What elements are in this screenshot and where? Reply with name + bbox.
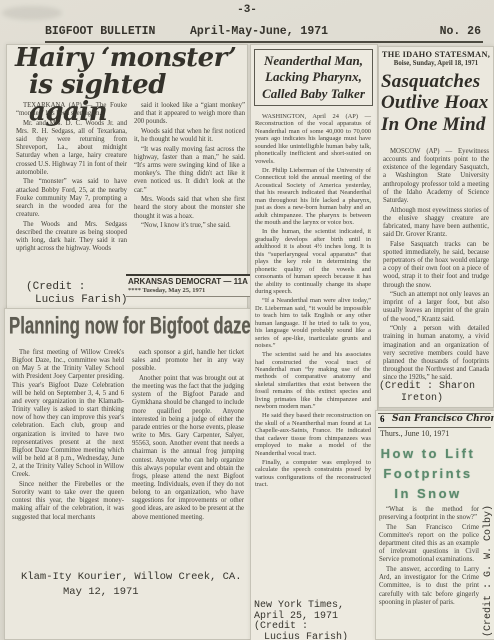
- bigfoot-daze-headline: Planning now for Bigfoot daze: [9, 313, 251, 341]
- credit-line: (Credit :: [254, 622, 348, 633]
- headline-line: In Snow: [376, 484, 480, 504]
- headline-line: Lacking Pharynx,: [256, 69, 371, 85]
- credit-line: (Credit :: [26, 281, 127, 294]
- article-paragraph: Woods said that when he first noticed it…: [134, 128, 245, 144]
- article-paragraph: “Such an attempt not only leaves an impr…: [383, 291, 489, 324]
- source-date: **** Tuesday, May 25, 1971: [128, 287, 248, 294]
- source-date: Thurs., June 10, 1971: [380, 429, 449, 438]
- source-date: Boise, Sunday, April 18, 1971: [379, 60, 493, 67]
- clipping-hairy-monster: Hairy ‘monster’ is sighted again TEXARKA…: [6, 44, 248, 312]
- bigfoot-daze-column-2: each sponsor a girl, handle her ticket s…: [132, 349, 244, 523]
- headline-line: Outlive Hoax: [381, 92, 493, 113]
- source-line: New York Times,: [254, 601, 348, 612]
- article-paragraph: The answer, according to Larry Ard, an i…: [379, 566, 479, 607]
- article-paragraph: “What is the method for preserving a foo…: [379, 506, 479, 522]
- article-paragraph: The “monster” was said to have attacked …: [16, 178, 127, 219]
- article-paragraph: “Now, I know it's true,” she said.: [134, 222, 245, 230]
- article-paragraph: MOSCOW (AP) — Eyewitness accounts and fo…: [383, 148, 489, 205]
- article-paragraph: Mrs. Woods said that when she first hear…: [134, 196, 245, 220]
- credit-line: (Credit : Sharon: [379, 381, 475, 393]
- article-paragraph: said it looked like a “giant monkey” and…: [134, 102, 245, 126]
- article-paragraph: False Sasquatch tracks can be spotted im…: [383, 241, 489, 290]
- source-name: ARKANSAS DEMOCRAT — 11A: [128, 277, 248, 286]
- sasquatch-article-body: MOSCOW (AP) — Eyewitness accounts and fo…: [383, 148, 489, 384]
- hairy-monster-column-1: TEXARKANA (AP) — The Fouke “monster” has…: [16, 102, 127, 255]
- sasquatch-headline: Sasquatches Outlive Hoax In One Mind: [381, 71, 493, 135]
- footprints-headline: How to Lift Footprints In Snow: [376, 444, 480, 504]
- article-paragraph: In the human, the scientist indicated, i…: [255, 228, 371, 295]
- footprints-article-body: “What is the method for preserving a foo…: [379, 506, 479, 608]
- source-name: San Francisco Chronicle: [392, 414, 491, 424]
- article-paragraph: The San Francisco Crime Committee's repo…: [379, 524, 479, 565]
- headline-line: Footprints: [376, 464, 480, 484]
- article-paragraph: “It was really moving fast across the hi…: [134, 146, 245, 195]
- article-paragraph: Although most eyewitness stories of the …: [383, 207, 489, 240]
- article-paragraph: each sponsor a girl, handle her ticket s…: [132, 349, 244, 373]
- bigfoot-daze-column-1: The first meeting of Willow Creek's Bigf…: [12, 349, 124, 523]
- clipping-neanderthal: Neanderthal Man, Lacking Pharynx, Called…: [250, 44, 378, 640]
- credit-lucius-farish: (Credit : Lucius Farish): [26, 281, 127, 306]
- source-sf-chronicle-row: 6 San Francisco Chronicle: [378, 413, 491, 428]
- article-paragraph: Another point that was brought out at th…: [132, 375, 244, 522]
- article-paragraph: He said they based their reconstruction …: [255, 412, 371, 457]
- source-tag-arkansas-democrat: ARKANSAS DEMOCRAT — 11A **** Tuesday, Ma…: [126, 274, 250, 297]
- headline-line: How to Lift: [376, 444, 480, 464]
- article-paragraph: “If a Neanderthal man were alive today,”…: [255, 297, 371, 349]
- article-paragraph: Finally, a computer was employed to calc…: [255, 459, 371, 489]
- headline-line: Hairy ‘monster’: [15, 45, 247, 72]
- article-paragraph: Since neither the Firebelles or the Soro…: [12, 481, 124, 522]
- hairy-monster-column-2: said it looked like a “giant monkey” and…: [134, 102, 245, 232]
- article-paragraph: Dr. Philip Lieberman of the University o…: [255, 167, 371, 227]
- article-paragraph: Mr. and Mrs. D. C. Woods Jr. and Mrs. R.…: [16, 120, 127, 177]
- newsletter-page: -3- BIGFOOT BULLETIN April-May-June, 197…: [0, 0, 494, 640]
- clipping-bigfoot-daze: Planning now for Bigfoot daze The first …: [4, 308, 252, 640]
- source-page-number: 6: [380, 414, 385, 424]
- source-date: May 12, 1971: [63, 586, 139, 598]
- credit-sharon-ireton: (Credit : Sharon Ireton): [379, 381, 475, 404]
- clipping-footprints-in-snow: 6 San Francisco Chronicle Thurs., June 1…: [375, 410, 494, 640]
- credit-new-york-times: New York Times, April 25, 1971 (Credit :…: [254, 601, 348, 640]
- credit-gw-colby-rotated: (Credit : G. W. Colby): [483, 507, 494, 637]
- article-paragraph: “Only a person with detailed training in…: [383, 325, 489, 382]
- article-paragraph: WASHINGTON, April 24 (AP) —Reconstructio…: [255, 113, 371, 165]
- masthead-title: BIGFOOT BULLETIN: [45, 25, 155, 38]
- headline-line: Sasquatches: [381, 71, 493, 92]
- masthead-date: April-May-June, 1971: [190, 25, 328, 38]
- headline-line: In One Mind: [381, 114, 493, 135]
- clipping-sasquatch: THE IDAHO STATESMAN, Boise, Sunday, Apri…: [378, 46, 494, 408]
- credit-line: Lucius Farish): [26, 294, 127, 307]
- article-paragraph: The first meeting of Willow Creek's Bigf…: [12, 349, 124, 480]
- source-idaho-statesman: THE IDAHO STATESMAN,: [379, 50, 493, 59]
- credit-line: Lucius Farish): [254, 633, 348, 640]
- article-paragraph: TEXARKANA (AP) — The Fouke “monster” has…: [16, 102, 127, 118]
- source-klam-ity-kourier: Klam-Ity Kourier, Willow Creek, CA.: [21, 571, 242, 583]
- article-paragraph: The Woods and Mrs. Sedgass described the…: [16, 221, 127, 254]
- page-number: -3-: [0, 4, 494, 16]
- article-paragraph: The scientist said he and his associates…: [255, 351, 371, 411]
- credit-line: Ireton): [379, 393, 475, 405]
- headline-line: Called Baby Talker: [256, 86, 371, 102]
- neanderthal-headline-box: Neanderthal Man, Lacking Pharynx, Called…: [254, 49, 373, 106]
- masthead: BIGFOOT BULLETIN April-May-June, 1971 No…: [45, 25, 483, 43]
- masthead-issue-number: No. 26: [440, 25, 481, 38]
- headline-line: Neanderthal Man,: [256, 53, 371, 69]
- neanderthal-article-body: WASHINGTON, April 24 (AP) —Reconstructio…: [255, 113, 371, 490]
